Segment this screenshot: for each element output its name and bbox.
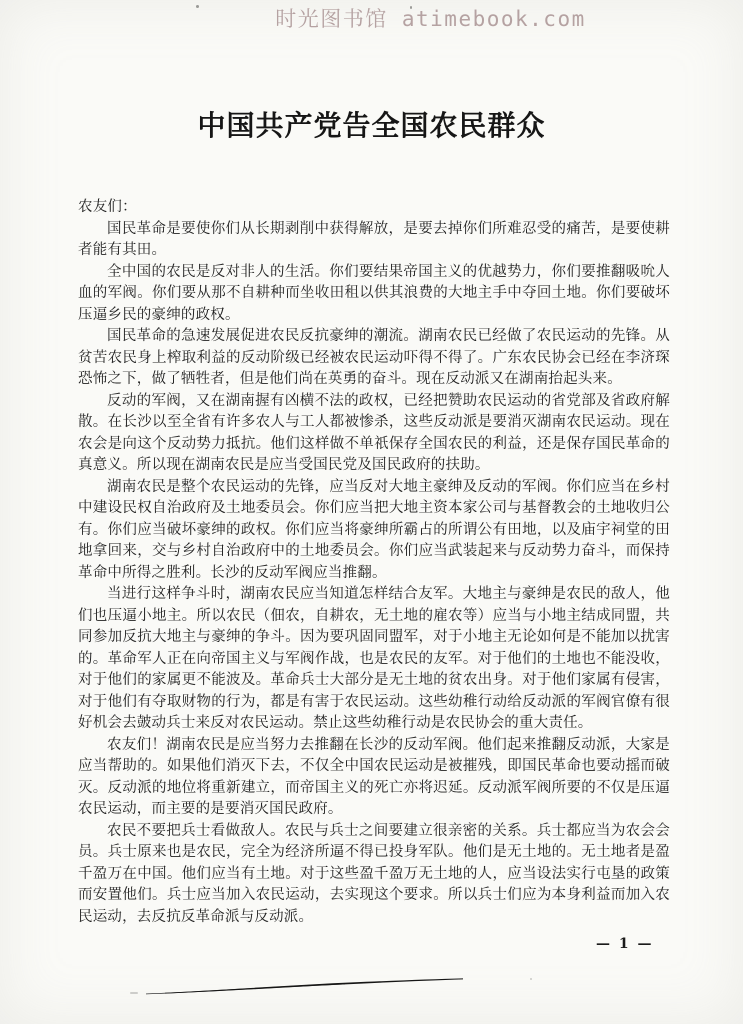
- salutation: 农友们：: [78, 197, 670, 219]
- document-body: 农友们： 国民革命是要使你们从长期剥削中获得解放，是要去掉你们所难忍受的痛苦，是…: [78, 197, 670, 928]
- paragraph-2: 全中国的农民是反对非人的生活。你们要结果帝国主义的优越势力，你们要推翻吸吮人血的…: [78, 262, 670, 327]
- watermark-text: 时光图书馆 atimebook.com: [0, 3, 743, 33]
- scan-speck: [530, 978, 532, 980]
- page-number: — 1 —: [596, 936, 654, 952]
- paragraph-7: 农友们！湖南农民是应当努力去推翻在长沙的反动军阀。他们起来推翻反动派，大家是应当…: [78, 735, 670, 821]
- paragraph-1: 国民革命是要使你们从长期剥削中获得解放，是要去掉你们所难忍受的痛苦，是要使耕者能…: [78, 219, 670, 262]
- paragraph-4: 反动的军阀，又在湖南握有凶横不法的政权，已经把赞助农民运动的省党部及省政府解散。…: [78, 391, 670, 477]
- scan-speck: [196, 5, 199, 8]
- paragraph-5: 湖南农民是整个农民运动的先锋，应当反对大地主豪绅及反动的军阀。你们应当在乡村中建…: [78, 477, 670, 585]
- paragraph-6: 当进行这样争斗时，湖南农民应当知道怎样结合友军。大地主与豪绅是农民的敌人，他们也…: [78, 584, 670, 735]
- ink-smudge-artifact: [145, 975, 465, 997]
- scan-speck: [130, 992, 138, 994]
- paragraph-3: 国民革命的急速发展促进农民反抗豪绅的潮流。湖南农民已经做了农民运动的先锋。从贫苦…: [78, 326, 670, 391]
- paragraph-8: 农民不要把兵士看做敌人。农民与兵士之间要建立很亲密的关系。兵士都应当为农会会员。…: [78, 821, 670, 929]
- scan-speck: [410, 6, 412, 9]
- document-title: 中国共产党告全国农民群众: [0, 104, 743, 144]
- scanned-page: 时光图书馆 atimebook.com 中国共产党告全国农民群众 农友们： 国民…: [0, 0, 743, 1024]
